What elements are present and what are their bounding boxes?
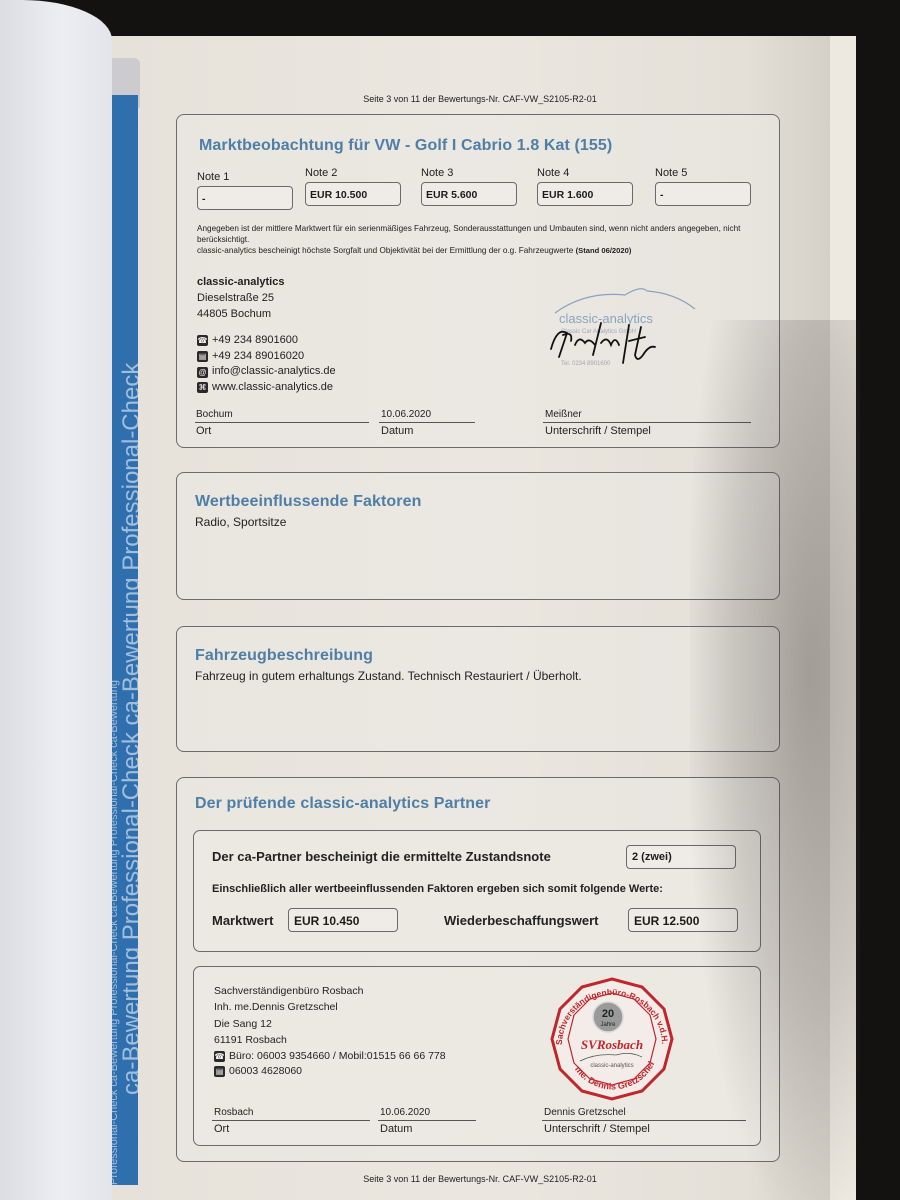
svg-text:classic-analytics: classic-analytics (590, 1063, 633, 1069)
disclaimer-line-2: classic-analytics bescheinigt höchste So… (197, 245, 767, 256)
disclaimer: Angegeben ist der mittlere Marktwert für… (197, 223, 767, 256)
place-label: Ort (214, 1123, 229, 1135)
note-1: Note 1 - (197, 171, 293, 210)
email-row: @ info@classic-analytics.de (197, 364, 336, 380)
market-value-field: EUR 10.450 (288, 908, 398, 932)
fax-icon: ▤ (197, 351, 208, 362)
inclusive-text: Einschließlich aller wertbeeinflussenden… (212, 883, 663, 895)
web-icon: ⌘ (197, 382, 208, 393)
note-label: Note 4 (537, 167, 633, 179)
fax-number: +49 234 89016020 (212, 349, 304, 365)
condition-box: Der ca-Partner bescheinigt die ermittelt… (193, 830, 761, 952)
expert-fax-row: ▤ 06003 4628060 (214, 1064, 446, 1079)
stamp-brand: classic-analytics (559, 311, 653, 326)
factors-body: Radio, Sportsitze (195, 515, 286, 529)
date-value: 10.06.2020 (380, 1107, 430, 1118)
replacement-value-field: EUR 12.500 (628, 908, 738, 932)
expert-contact: ☎ Büro: 06003 9354660 / Mobil:01515 66 6… (214, 1049, 446, 1079)
company-name: classic-analytics (197, 275, 284, 291)
classic-analytics-stamp: classic-analytics Classic Car Analytics … (545, 283, 705, 373)
date-line (379, 422, 475, 423)
signer-label: Unterschrift / Stempel (545, 425, 651, 437)
phone-icon: ☎ (214, 1051, 225, 1062)
description-title: Fahrzeugbeschreibung (195, 647, 373, 665)
place-label: Ort (196, 425, 211, 437)
company-contact: ☎ +49 234 8901600 ▤ +49 234 89016020 @ i… (197, 333, 336, 395)
svg-text:Tel. 0234 8901600: Tel. 0234 8901600 (561, 361, 611, 367)
email-address[interactable]: info@classic-analytics.de (212, 364, 336, 380)
fax-row: ▤ +49 234 89016020 (197, 349, 336, 365)
phone-row: ☎ +49 234 8901600 (197, 333, 336, 349)
description-body: Fahrzeug in gutem erhaltungs Zustand. Te… (195, 669, 582, 683)
place-line (212, 1120, 370, 1121)
email-icon: @ (197, 367, 208, 378)
expert-city: 61191 Rosbach (214, 1032, 363, 1048)
date-line (378, 1120, 476, 1121)
signer-value: Dennis Gretzschel (544, 1107, 626, 1118)
condition-text: Der ca-Partner bescheinigt die ermittelt… (212, 849, 551, 864)
date-label: Datum (380, 1123, 412, 1135)
note-3: Note 3 EUR 5.600 (421, 167, 517, 206)
note-label: Note 2 (305, 167, 401, 179)
phone-number: +49 234 8901600 (212, 333, 298, 349)
page-edge (830, 36, 856, 1200)
note-value-field: EUR 10.500 (305, 182, 401, 206)
partner-section: Der prüfende classic-analytics Partner D… (176, 777, 780, 1162)
expert-owner: Inh. me.Dennis Gretzschel (214, 999, 363, 1015)
expert-box: Sachverständigenbüro Rosbach Inh. me.Den… (193, 966, 761, 1146)
note-value-field: - (655, 182, 751, 206)
signer-label: Unterschrift / Stempel (544, 1123, 650, 1135)
company-city: 44805 Bochum (197, 307, 284, 323)
market-title: Marktbeobachtung für VW - Golf I Cabrio … (199, 137, 612, 155)
phone-icon: ☎ (197, 335, 208, 346)
svg-text:20: 20 (602, 1008, 614, 1020)
expert-round-stamp: Sachverständigenbüro-Rosbach v.d.H. me. … (546, 975, 678, 1101)
note-label: Note 5 (655, 167, 751, 179)
page-footer: Seite 3 von 11 der Bewertungs-Nr. CAF-VW… (140, 1174, 820, 1184)
page-header: Seite 3 von 11 der Bewertungs-Nr. CAF-VW… (140, 94, 820, 104)
date-label: Datum (381, 425, 413, 437)
signer-value: Meißner (545, 409, 582, 420)
fax-icon: ▤ (214, 1066, 225, 1077)
partner-title: Der prüfende classic-analytics Partner (195, 795, 490, 813)
svg-text:Jahre: Jahre (600, 1022, 616, 1028)
signer-line (543, 422, 751, 423)
expert-phone-row: ☎ Büro: 06003 9354660 / Mobil:01515 66 6… (214, 1049, 446, 1064)
note-value-field: EUR 1.600 (537, 182, 633, 206)
note-label: Note 1 (197, 171, 293, 183)
note-2: Note 2 EUR 10.500 (305, 167, 401, 206)
note-value-field: - (197, 186, 293, 210)
note-5: Note 5 - (655, 167, 751, 206)
expert-name: Sachverständigenbüro Rosbach (214, 983, 363, 999)
replacement-value-label: Wiederbeschaffungswert (444, 913, 598, 928)
condition-value-field: 2 (zwei) (626, 845, 736, 869)
left-page (0, 0, 112, 1200)
website-link[interactable]: www.classic-analytics.de (212, 380, 333, 396)
note-label: Note 3 (421, 167, 517, 179)
market-observation-section: Marktbeobachtung für VW - Golf I Cabrio … (176, 114, 780, 448)
stand-date: (Stand 06/2020) (576, 246, 632, 255)
disclaimer-line-1: Angegeben ist der mittlere Marktwert für… (197, 223, 767, 245)
expert-address: Sachverständigenbüro Rosbach Inh. me.Den… (214, 983, 363, 1048)
place-line (195, 422, 369, 423)
value-factors-section: Wertbeeinflussende Faktoren Radio, Sport… (176, 472, 780, 600)
place-value: Bochum (196, 409, 233, 420)
company-street: Dieselstraße 25 (197, 291, 284, 307)
date-value: 10.06.2020 (381, 409, 431, 420)
expert-street: Die Sang 12 (214, 1016, 363, 1032)
strip-text-large: ca-Bewertung Professional-Check ca-Bewer… (118, 363, 138, 1095)
web-row: ⌘ www.classic-analytics.de (197, 380, 336, 396)
company-address: classic-analytics Dieselstraße 25 44805 … (197, 275, 284, 323)
note-4: Note 4 EUR 1.600 (537, 167, 633, 206)
market-value-label: Marktwert (212, 913, 273, 928)
place-value: Rosbach (214, 1107, 253, 1118)
note-value-field: EUR 5.600 (421, 182, 517, 206)
vehicle-description-section: Fahrzeugbeschreibung Fahrzeug in gutem e… (176, 626, 780, 752)
disclaimer-text: classic-analytics bescheinigt höchste So… (197, 246, 573, 255)
svg-text:SVRosbach: SVRosbach (581, 1037, 643, 1052)
expert-phone: Büro: 06003 9354660 / Mobil:01515 66 66 … (229, 1049, 446, 1064)
expert-fax: 06003 4628060 (229, 1064, 302, 1079)
signer-line (542, 1120, 746, 1121)
factors-title: Wertbeeinflussende Faktoren (195, 493, 421, 511)
